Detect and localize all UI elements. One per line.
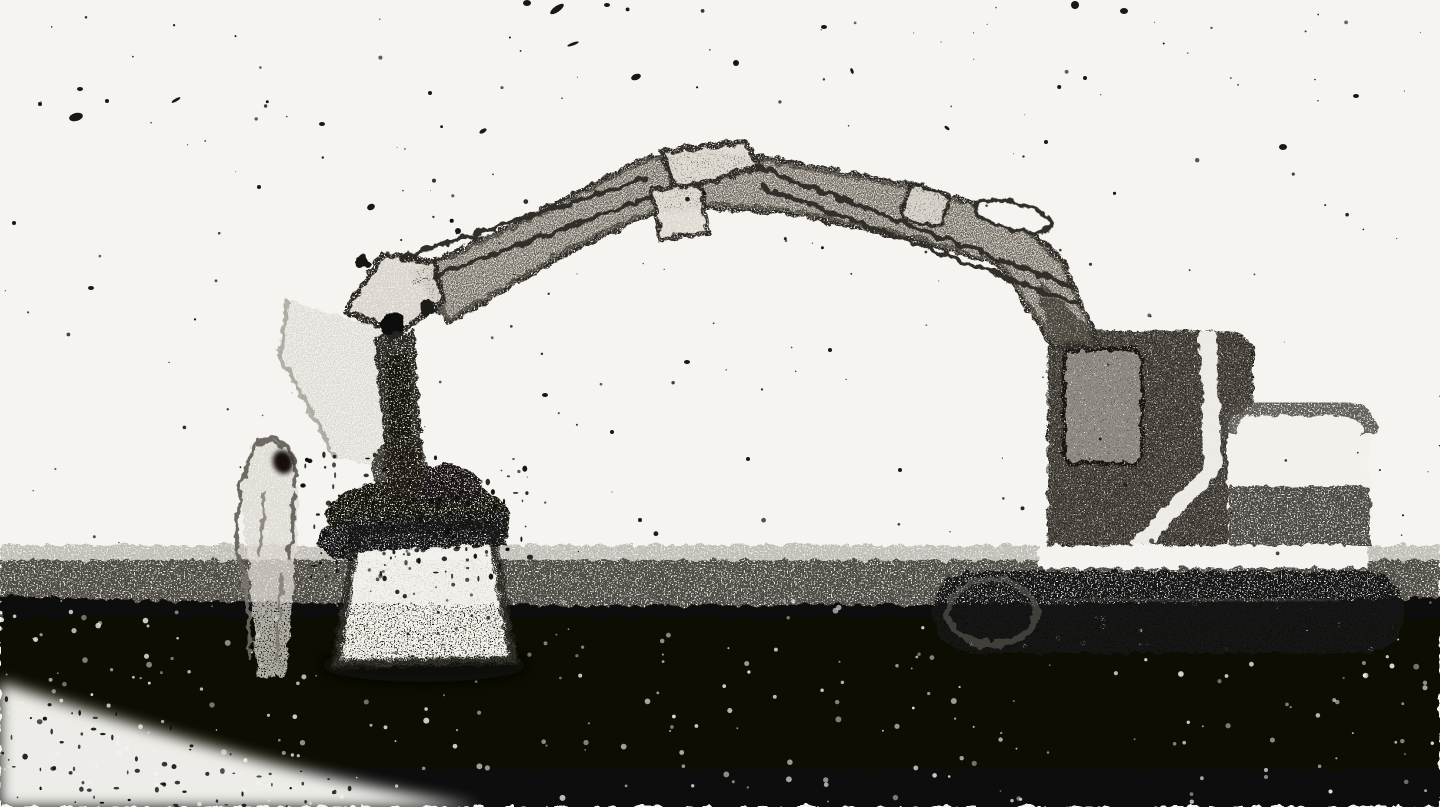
spatter-dot <box>232 773 235 774</box>
spatter-dot <box>1099 438 1102 441</box>
spatter-dot <box>995 7 997 9</box>
spatter-dot <box>322 452 325 458</box>
spatter-dot <box>930 655 935 660</box>
spatter-dot <box>542 393 548 397</box>
spatter-dot <box>159 641 161 643</box>
spatter-dot <box>189 749 191 751</box>
spatter-dot <box>726 369 727 370</box>
spatter-dot <box>62 682 67 687</box>
spatter-dot <box>1276 552 1280 556</box>
spatter-dot <box>1379 469 1381 471</box>
spatter-dot <box>336 559 338 565</box>
spatter-dot <box>1264 775 1268 779</box>
spatter-dot <box>493 503 496 508</box>
spatter-dot <box>409 524 411 528</box>
spatter-dot <box>291 753 294 756</box>
spatter-dot <box>921 626 924 629</box>
spatter-dot <box>325 575 327 578</box>
spatter-dot <box>470 614 473 617</box>
spatter-dot <box>605 212 607 214</box>
spatter-dot <box>446 599 449 602</box>
spatter-dot <box>576 424 578 426</box>
spatter-dot <box>378 56 382 60</box>
spatter-dot <box>440 482 443 486</box>
spatter-dot <box>820 688 824 692</box>
spatter-dot <box>656 692 659 695</box>
spatter-dot <box>475 514 477 516</box>
spatter-dot <box>465 547 467 551</box>
spatter-dot <box>313 524 315 529</box>
spatter-dot <box>1318 765 1322 769</box>
spatter-dot <box>255 117 258 120</box>
spatter-dot <box>93 535 96 538</box>
spatter-dot <box>998 737 1002 741</box>
spatter-dot <box>330 509 332 513</box>
spatter-dot <box>433 572 439 574</box>
spatter-dot <box>828 348 832 352</box>
spatter-dot <box>1042 377 1044 379</box>
spatter-dot <box>386 251 390 255</box>
spatter-dot <box>836 605 841 610</box>
spatter-dot <box>1077 476 1079 478</box>
spatter-dot <box>161 720 164 723</box>
spatter-dot <box>182 790 186 792</box>
spatter-dot <box>973 59 974 60</box>
spatter-dot <box>736 727 738 729</box>
spatter-dot <box>787 759 793 765</box>
spatter-dot <box>95 623 101 629</box>
spatter-dot <box>1114 671 1118 675</box>
spatter-dot <box>257 185 261 189</box>
spatter-dot <box>315 675 317 677</box>
spatter-dot <box>1327 517 1328 518</box>
spatter-dot <box>604 3 610 7</box>
spatter-dot <box>220 768 225 774</box>
spatter-dot <box>451 574 453 579</box>
spatter-dot <box>305 458 309 462</box>
spatter-dot <box>786 776 792 782</box>
spatter-dot <box>209 702 214 707</box>
spatter-dot <box>1357 452 1359 454</box>
spatter-dot <box>25 653 30 656</box>
spatter-dot <box>435 586 437 588</box>
spatter-dot <box>319 122 325 126</box>
spatter-dot <box>206 719 211 724</box>
spatter-dot <box>503 499 505 505</box>
spatter-dot <box>501 470 503 472</box>
spatter-dot <box>1016 796 1021 801</box>
spatter-dot <box>1324 204 1326 206</box>
spatter-dot <box>292 392 293 393</box>
spatter-dot <box>996 259 998 261</box>
carbody-stripe <box>1038 542 1368 568</box>
spatter-dot <box>327 778 330 780</box>
spatter-dot <box>418 640 419 641</box>
spatter-dot <box>985 204 988 207</box>
spatter-dot <box>558 412 560 414</box>
spatter-dot <box>499 242 501 244</box>
spatter-dot <box>52 689 56 693</box>
spatter-dot <box>267 714 270 717</box>
spatter-dot <box>898 468 902 472</box>
spatter-dot <box>1182 741 1186 745</box>
spatter-dot <box>319 562 322 565</box>
spatter-dot <box>925 251 928 254</box>
spatter-dot <box>433 534 437 539</box>
spatter-dot <box>1230 512 1232 514</box>
spatter-dot <box>296 681 300 685</box>
spatter-dot <box>241 791 243 796</box>
spatter-dot <box>5 290 6 291</box>
spatter-dot <box>1173 742 1177 746</box>
spatter-dot <box>364 699 369 704</box>
spatter-dot <box>662 654 664 656</box>
spatter-dot <box>437 611 440 614</box>
spatter-dot <box>403 553 405 555</box>
spatter-dot <box>216 799 219 802</box>
spatter-dot <box>33 637 38 642</box>
spatter-dot <box>1342 677 1344 679</box>
spatter-dot <box>71 712 73 714</box>
spatter-dot <box>400 239 402 241</box>
spatter-dot <box>1053 405 1054 406</box>
spatter-dot <box>54 468 56 470</box>
spatter-dot <box>368 568 371 571</box>
spatter-dot <box>110 668 113 671</box>
spatter-dot <box>684 360 690 364</box>
spatter-dot <box>40 101 41 102</box>
spatter-dot <box>1021 506 1025 510</box>
spatter-dot <box>791 599 795 603</box>
spatter-dot <box>821 25 827 29</box>
spatter-dot <box>949 531 950 532</box>
spatter-dot <box>450 219 454 223</box>
spatter-dot <box>57 672 59 674</box>
spatter-dot <box>1401 702 1404 705</box>
spatter-dot <box>670 725 674 729</box>
spatter-dot <box>311 565 317 567</box>
spatter-dot <box>271 783 273 787</box>
spatter-dot <box>1047 751 1050 754</box>
spatter-dot <box>925 324 927 326</box>
block-top-soil <box>345 512 506 552</box>
spatter-dot <box>334 472 336 478</box>
spatter-dot <box>382 570 385 573</box>
spatter-dot <box>13 615 17 619</box>
spatter-dot <box>12 766 16 768</box>
spatter-dot <box>269 773 272 776</box>
spatter-dot <box>1292 173 1295 176</box>
spatter-dot <box>1065 70 1069 74</box>
spatter-dot <box>370 590 372 592</box>
spatter-dot <box>545 744 547 746</box>
spatter-dot <box>409 456 412 459</box>
spatter-dot <box>440 125 443 128</box>
spatter-dot <box>1144 658 1147 661</box>
spatter-dot <box>443 694 445 696</box>
spatter-dot <box>507 475 510 477</box>
spatter-dot <box>1089 263 1092 266</box>
spatter-dot <box>894 724 899 729</box>
spatter-dot <box>1427 471 1428 472</box>
spatter-dot <box>466 558 469 561</box>
spatter-dot <box>432 216 434 218</box>
spatter-dot <box>1363 673 1369 679</box>
spatter-dot <box>893 795 898 800</box>
spatter-dot <box>82 781 85 784</box>
spatter-dot <box>326 526 331 528</box>
spatter-dot <box>1390 664 1395 669</box>
spatter-dot <box>560 795 566 801</box>
spatter-dot <box>240 466 242 468</box>
spatter-dot <box>973 726 975 728</box>
spatter-dot <box>1249 662 1254 667</box>
spatter-dot <box>304 800 307 803</box>
spatter-dot <box>52 766 56 770</box>
spatter-dot <box>489 574 493 580</box>
spatter-dot <box>118 542 119 543</box>
spatter-dot <box>1253 273 1255 275</box>
spatter-dot <box>465 501 471 505</box>
spatter-dot <box>278 739 281 742</box>
spatter-dot <box>466 567 469 569</box>
spatter-dot <box>927 692 930 695</box>
spatter-dot <box>520 50 522 52</box>
spatter-dot <box>1404 780 1409 785</box>
spatter-dot <box>211 605 213 607</box>
spatter-dot <box>498 578 500 580</box>
spatter-dot <box>427 522 429 525</box>
spatter-dot <box>225 640 231 646</box>
spatter-dot <box>1190 800 1194 804</box>
spatter-dot <box>442 557 447 562</box>
spatter-dot <box>1316 713 1321 718</box>
spatter-dot <box>1189 269 1191 271</box>
spatter-dot <box>349 535 351 537</box>
spatter-dot <box>81 615 86 620</box>
spatter-dot <box>486 554 488 556</box>
spatter-dot <box>960 756 964 760</box>
spatter-dot <box>696 86 698 88</box>
spatter-dot <box>913 765 918 770</box>
spatter-dot <box>380 571 383 576</box>
spatter-dot <box>326 501 331 506</box>
spatter-dot <box>1317 14 1319 16</box>
spatter-dot <box>79 787 84 792</box>
spatter-dot <box>653 531 658 536</box>
spatter-dot <box>111 734 113 740</box>
spatter-dot <box>835 700 839 704</box>
elbow-knob <box>355 255 369 269</box>
spatter-dot <box>1362 661 1366 665</box>
spatter-dot <box>1195 158 1199 162</box>
spatter-dot <box>505 547 509 551</box>
spatter-dot <box>477 576 479 582</box>
spatter-dot <box>1187 52 1188 53</box>
spatter-dot <box>405 651 407 653</box>
spatter-dot <box>88 286 94 290</box>
spatter-dot <box>491 489 495 495</box>
spatter-dot <box>71 628 76 633</box>
spatter-dot <box>132 56 134 58</box>
spatter-dot <box>12 221 16 225</box>
spatter-dot <box>791 347 793 349</box>
spatter-dot <box>157 688 161 690</box>
spatter-dot <box>1279 144 1287 150</box>
spatter-dot <box>355 511 358 515</box>
spatter-dot <box>547 293 549 295</box>
spatter-dot <box>91 728 97 731</box>
spatter-dot <box>160 782 165 785</box>
spatter-dot <box>376 578 380 582</box>
spatter-dot <box>395 556 396 557</box>
spatter-dot <box>348 504 351 507</box>
spatter-dot <box>1413 664 1419 670</box>
spatter-dot <box>442 644 444 646</box>
spatter-dot <box>78 745 81 749</box>
spatter-dot <box>429 484 435 487</box>
spatter-dot <box>266 100 269 103</box>
spatter-dot <box>732 780 735 783</box>
spatter-dot <box>289 686 292 689</box>
spatter-dot <box>385 440 387 442</box>
spatter-dot <box>200 687 203 690</box>
spatter-dot <box>365 458 370 460</box>
spatter-dot <box>407 552 411 556</box>
spatter-dot <box>373 538 376 544</box>
spatter-dot <box>475 680 478 683</box>
spatter-dot <box>600 383 603 386</box>
spatter-dot <box>1149 538 1154 543</box>
spatter-dot <box>460 477 462 479</box>
spatter-dot <box>1120 8 1128 14</box>
spatter-dot <box>1290 706 1292 708</box>
spatter-dot <box>575 654 578 657</box>
spatter-dot <box>643 263 644 264</box>
spatter-dot <box>114 787 120 790</box>
spatter-dot <box>610 430 614 434</box>
spatter-dot <box>915 656 918 659</box>
spatter-illustration: Monochrome ink-spatter illustration: a t… <box>0 0 1440 807</box>
spatter-dot <box>827 801 829 803</box>
spatter-dot <box>691 784 694 787</box>
spatter-dot <box>504 638 506 640</box>
spatter-dot <box>437 632 440 635</box>
spatter-dot <box>1154 22 1155 23</box>
spatter-dot <box>409 480 411 485</box>
spatter-dot <box>850 273 852 275</box>
spatter-dot <box>669 730 671 732</box>
spatter-dot <box>107 704 111 708</box>
spatter-dot <box>87 789 92 792</box>
spatter-dot <box>6 674 8 676</box>
spatter-dot <box>522 500 524 503</box>
spatter-dot <box>527 477 528 478</box>
spatter-dot <box>485 550 488 554</box>
spatter-dot <box>432 179 436 183</box>
spatter-dot <box>369 491 374 494</box>
spatter-dot <box>403 594 407 598</box>
spatter-dot <box>510 325 513 328</box>
spatter-dot <box>498 563 501 569</box>
spatter-dot <box>406 550 409 553</box>
spatter-dot <box>583 740 588 745</box>
spatter-dot <box>227 408 229 410</box>
spatter-dot <box>5 696 8 702</box>
spatter-dot <box>1284 341 1285 342</box>
spatter-dot <box>444 530 450 535</box>
spatter-dot <box>512 458 515 460</box>
spatter-dot <box>414 548 419 552</box>
dirt-blob-stickfoot <box>372 438 428 498</box>
spatter-dot <box>51 26 53 28</box>
spatter-dot <box>1352 732 1354 734</box>
spatter-dot <box>821 246 824 249</box>
spatter-dot <box>140 677 142 679</box>
spatter-dot <box>1314 79 1316 81</box>
spatter-dot <box>100 802 104 804</box>
spatter-dot <box>559 677 562 680</box>
spatter-dot <box>1049 664 1051 666</box>
spatter-dot <box>116 668 118 673</box>
spatter-dot <box>854 22 857 25</box>
spatter-dot <box>423 718 429 724</box>
spatter-dot <box>316 513 320 516</box>
spatter-dot <box>727 647 729 649</box>
spatter-dot <box>611 492 612 493</box>
spatter-dot <box>127 770 129 774</box>
spatter-dot <box>27 311 29 313</box>
spatter-dot <box>215 279 218 282</box>
spatter-dot <box>356 777 358 779</box>
spatter-dot <box>384 725 388 729</box>
spatter-dot <box>882 730 884 732</box>
spatter-dot <box>170 657 173 660</box>
spatter-dot <box>869 217 871 219</box>
spatter-dot <box>1270 738 1275 743</box>
spatter-dot <box>941 41 942 42</box>
spatter-dot <box>281 743 286 747</box>
spatter-dot <box>1123 483 1127 487</box>
spatter-dot <box>1264 768 1268 772</box>
spatter-dot <box>353 554 357 558</box>
spatter-dot <box>422 767 426 771</box>
spatter-dot <box>1 752 4 755</box>
spatter-dot <box>1401 534 1403 536</box>
spatter-dot <box>379 19 380 20</box>
spatter-dot <box>146 662 152 668</box>
spatter-dot <box>913 32 914 33</box>
spatter-dot <box>259 66 262 69</box>
spatter-dot <box>364 708 369 713</box>
spatter-dot <box>664 269 665 270</box>
spatter-dot <box>99 255 102 258</box>
spatter-dot <box>173 24 175 26</box>
spatter-dot <box>451 583 455 587</box>
spatter-dot <box>73 767 75 772</box>
spatter-dot <box>444 648 446 650</box>
spatter-dot <box>218 232 221 235</box>
spatter-dot <box>474 554 478 559</box>
spatter-dot <box>310 575 312 578</box>
spatter-dot <box>912 707 915 710</box>
spatter-dot <box>1002 458 1003 459</box>
spatter-dot <box>486 479 490 485</box>
spatter-dot <box>115 712 116 716</box>
spatter-dot <box>746 457 750 461</box>
spatter-dot <box>1134 738 1136 740</box>
spatter-dot <box>824 782 829 787</box>
